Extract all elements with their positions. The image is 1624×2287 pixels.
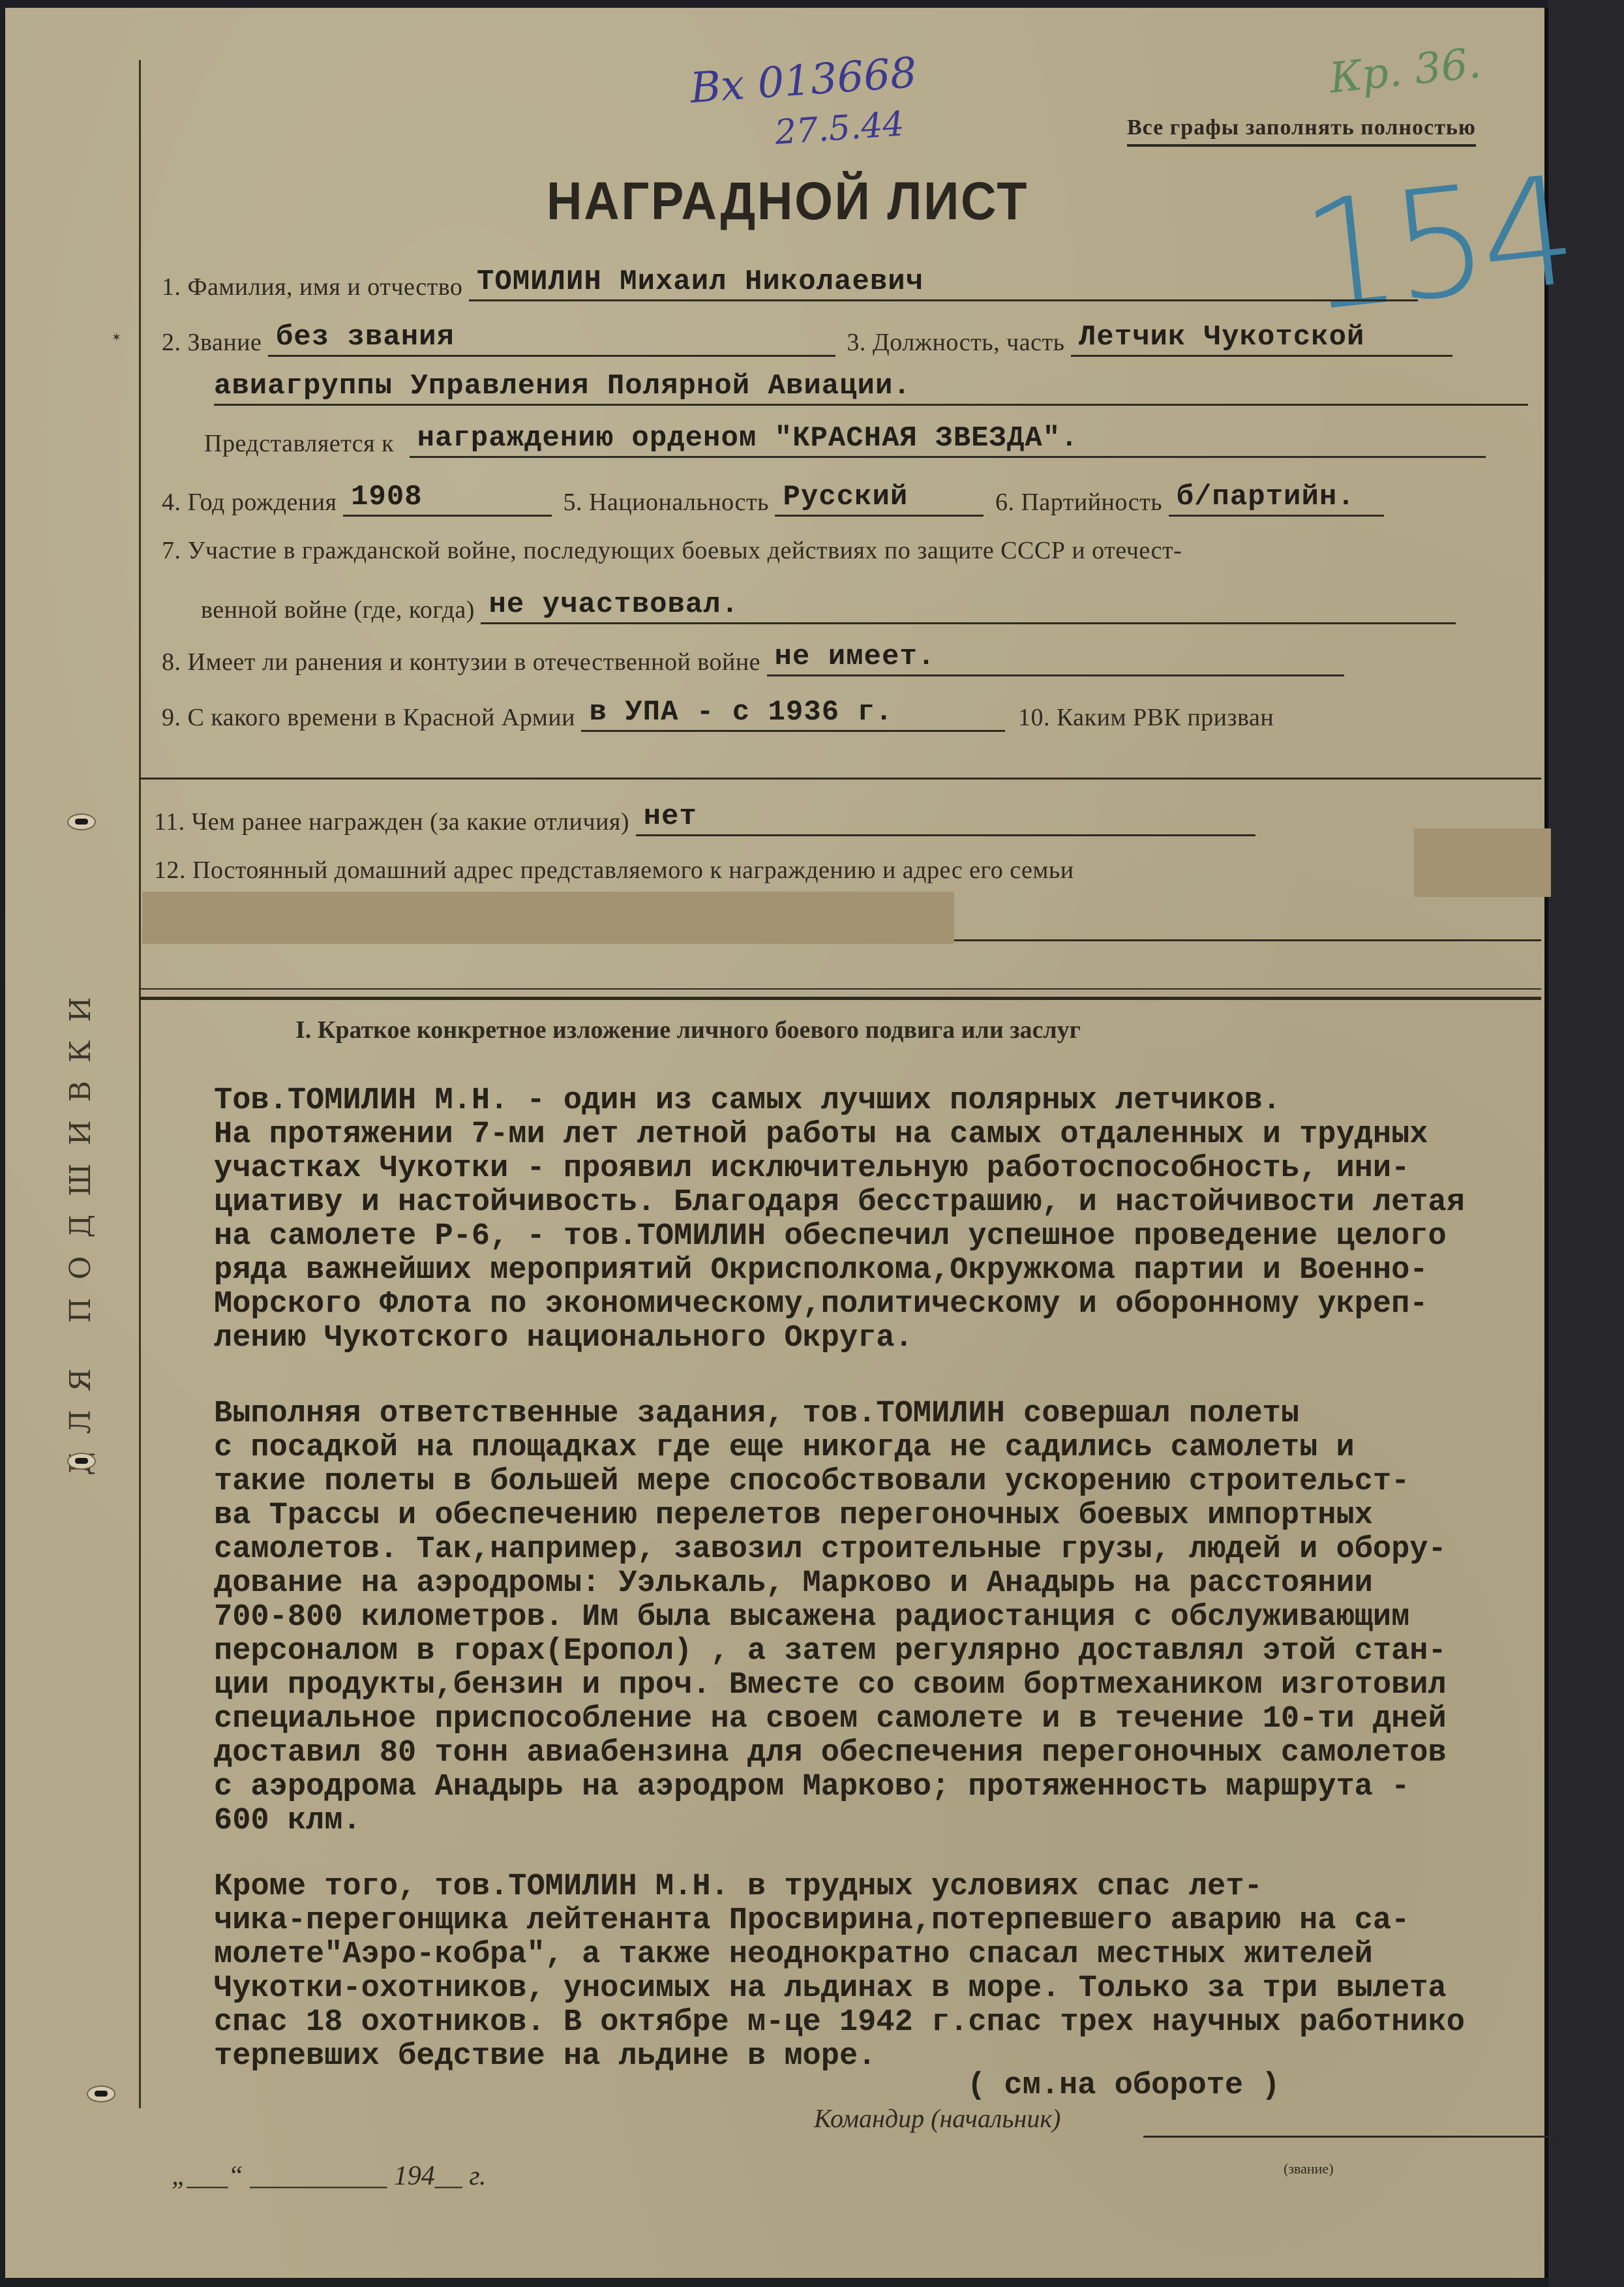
binding-hole-icon <box>67 813 96 830</box>
field-row-service-draft: 9. С какого времени в Красной Армии в УП… <box>162 696 1274 742</box>
date-line: „___“ __________ 194__ г. <box>172 2160 487 2192</box>
field-value-birth-year: 1908 <box>343 481 552 517</box>
field-label: 5. Национальность <box>564 488 769 517</box>
field-label: 1. Фамилия, имя и отчество <box>162 273 462 301</box>
field-value-rank: без звания <box>268 321 835 357</box>
field-row-rank-position: 2. Звание без звания 3. Должность, часть… <box>162 321 1452 367</box>
binding-margin-label: ДЛЯ ПОДШИВКИ <box>64 758 103 1476</box>
field-line-draft-office <box>139 778 1541 780</box>
address-redaction <box>142 892 954 944</box>
merits-paragraph-2: Выполняя ответственные задания, тов.ТОМИ… <box>214 1397 1590 1838</box>
continued-on-reverse-note: ( см.на обороте ) <box>967 2069 1293 2103</box>
merits-paragraph-3: Кроме того, тов.ТОМИЛИН М.Н. в трудных у… <box>214 1870 1590 2074</box>
field-row-war-participation-cont: венной войне (где, когда) не участвовал. <box>201 588 1456 634</box>
field-value-war-participation: не участвовал. <box>481 588 1456 624</box>
field-value-party: б/партийн. <box>1169 481 1384 517</box>
merits-paragraph-1: Тов.ТОМИЛИН М.Н. - один из самых лучших … <box>214 1084 1590 1356</box>
field-row-war-participation: 7. Участие в гражданской войне, последую… <box>162 536 1182 582</box>
field-row-wounds: 8. Имеет ли ранения и контузии в отечест… <box>162 641 1344 686</box>
field-row-birth-nationality-party: 4. Год рождения 1908 5. Национальность Р… <box>162 481 1384 526</box>
field-label: 2. Звание <box>162 328 262 357</box>
field-value-service-since: в УПА - с 1936 г. <box>581 696 1005 732</box>
commander-signature-line <box>1143 2136 1554 2138</box>
section-separator <box>139 997 1541 1000</box>
field-value-name: ТОМИЛИН Михаил Николаевич <box>469 265 1418 301</box>
star-mark-icon: ✶ <box>112 331 122 341</box>
commander-label: Командир (начальник) <box>814 2103 1060 2134</box>
field-row-position-cont: авиагруппы Управления Полярной Авиации. <box>214 370 1528 416</box>
fill-instruction: Все графы заполнять полностью <box>1127 115 1476 147</box>
binding-margin-rule <box>139 60 141 2108</box>
field-value-position-cont: авиагруппы Управления Полярной Авиации. <box>214 370 1528 406</box>
section-separator <box>139 988 1541 990</box>
field-label: 10. Каким РВК призван <box>1018 703 1274 732</box>
award-sheet-page: ДЛЯ ПОДШИВКИ ✶ Вх 013668 27.5.44 Кр. 36.… <box>5 8 1548 2278</box>
field-label: 12. Постоянный домашний адрес представля… <box>154 856 1074 885</box>
section-title-merits: I. Краткое конкретное изложение личного … <box>295 1016 1081 1044</box>
field-value-nationality: Русский <box>775 481 984 517</box>
registry-date-handwritten: 27.5.44 <box>774 104 905 153</box>
field-value-position: Летчик Чукотской <box>1071 321 1452 357</box>
field-label: 8. Имеет ли ранения и контузии в отечест… <box>162 648 760 676</box>
field-value-wounds: не имеет. <box>767 641 1344 676</box>
address-redaction <box>1414 828 1551 897</box>
field-label: 7. Участие в гражданской войне, последую… <box>162 536 1182 565</box>
field-label: венной войне (где, когда) <box>201 596 475 624</box>
field-row-nominated: Представляется к награждению орденом "КР… <box>204 422 1486 468</box>
field-label: Представляется к <box>204 429 394 458</box>
field-label: 4. Год рождения <box>162 488 337 517</box>
field-label: 9. С какого времени в Красной Армии <box>162 703 575 732</box>
field-value-nominated: награждению орденом "КРАСНАЯ ЗВЕЗДА". <box>410 422 1486 458</box>
field-value-previous-awards: нет <box>636 800 1256 836</box>
field-row-name: 1. Фамилия, имя и отчество ТОМИЛИН Михаи… <box>162 265 1418 311</box>
box-note-handwritten: Кр. 36. <box>1327 39 1483 103</box>
document-title: НАГРАДНОЙ ЛИСТ <box>547 171 1029 232</box>
field-row-previous-awards: 11. Чем ранее награжден (за какие отличи… <box>154 800 1256 846</box>
registry-number-handwritten: Вх 013668 <box>689 49 918 113</box>
binding-hole-icon <box>87 2085 115 2102</box>
field-line-address <box>954 939 1541 941</box>
sheet-number-handwritten: 154 <box>1295 144 1578 345</box>
field-label: 11. Чем ранее награжден (за какие отличи… <box>154 808 629 836</box>
field-label: 6. Партийность <box>995 488 1162 517</box>
field-label: 3. Должность, часть <box>847 328 1064 357</box>
binding-hole-icon <box>67 1453 96 1470</box>
rank-caption: (звание) <box>1284 2160 1334 2177</box>
